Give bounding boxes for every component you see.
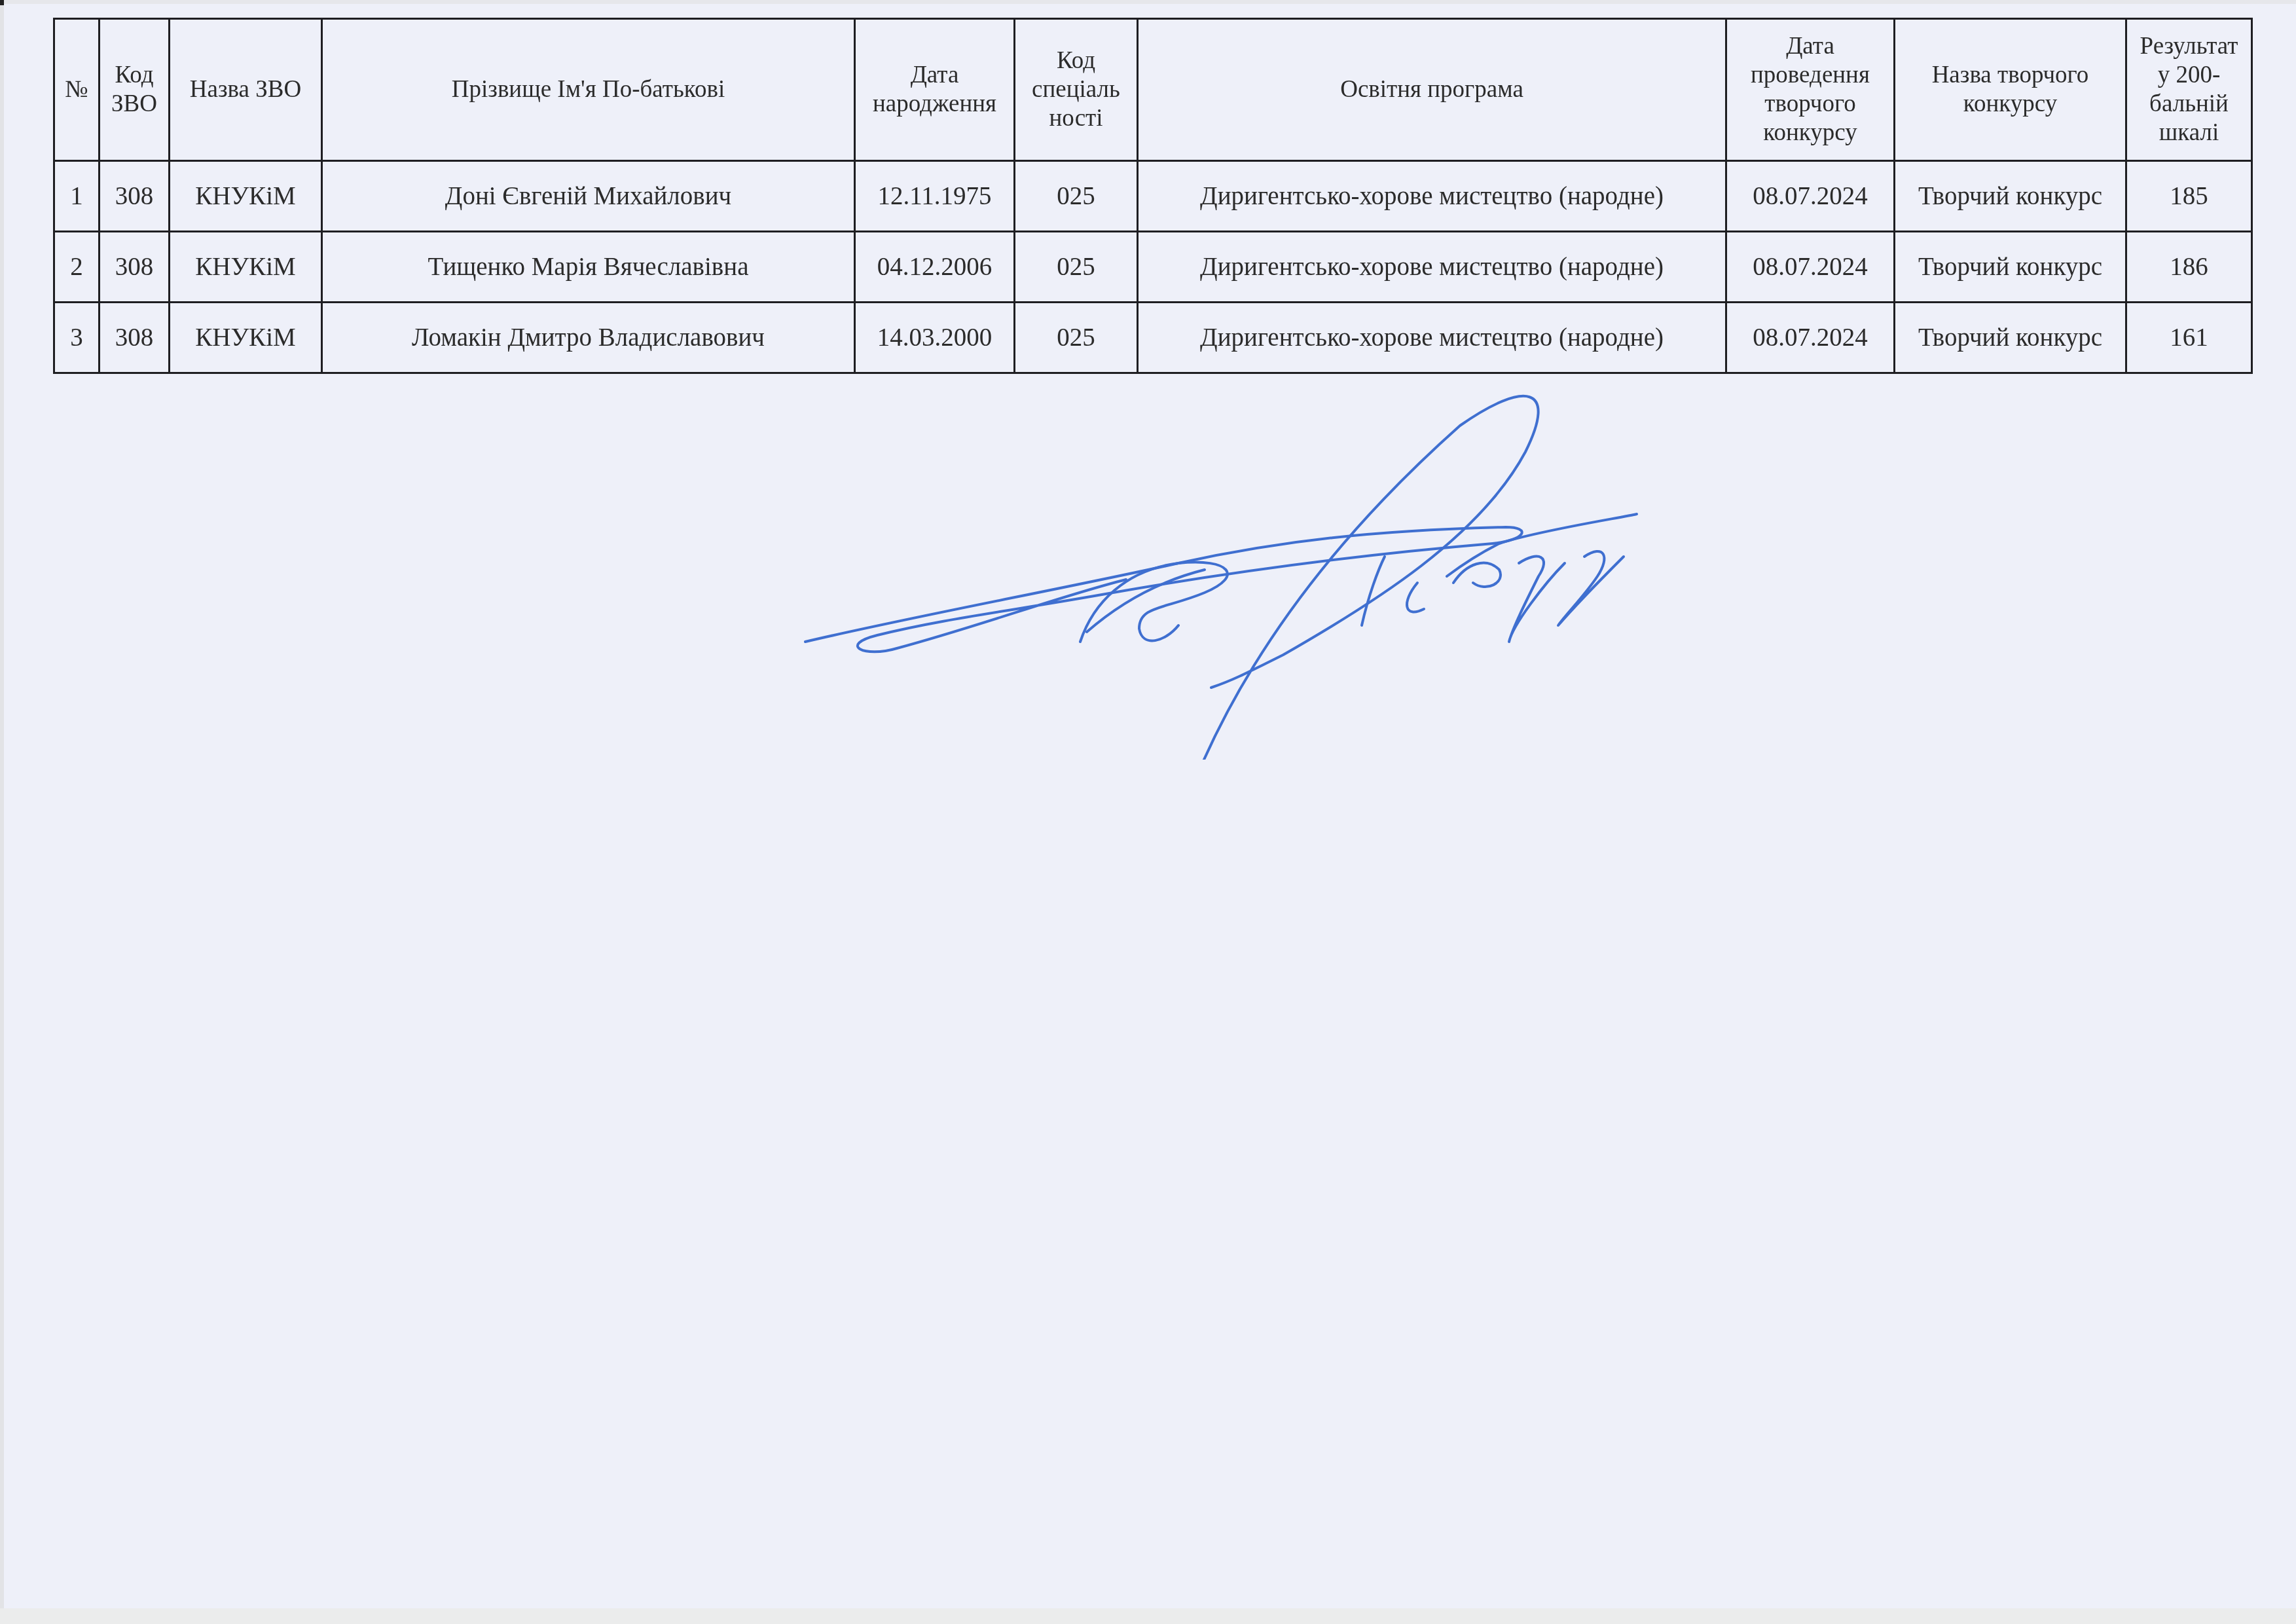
results-table: №КодЗВОНазва ЗВОПрізвище Ім'я По-батьков… (53, 18, 2253, 374)
cell-program: Диригентсько-хорове мистецтво (народне) (1138, 161, 1726, 232)
table-header-row: №КодЗВОНазва ЗВОПрізвище Ім'я По-батьков… (54, 19, 2252, 161)
cell-zvo-name: КНУКіМ (170, 161, 322, 232)
cell-specialty-code: 025 (1015, 303, 1138, 373)
cell-full-name: Ломакін Дмитро Владиславович (322, 303, 855, 373)
cell-score: 186 (2126, 232, 2252, 303)
column-header-text: проведення (1730, 61, 1891, 90)
column-header-text: Код (103, 61, 166, 90)
cell-birth-date: 14.03.2000 (855, 303, 1015, 373)
column-header-program: Освітня програма (1138, 19, 1726, 161)
column-header-birth-date: Датанародження (855, 19, 1015, 161)
column-header-full-name: Прізвище Ім'я По-батькові (322, 19, 855, 161)
cell-zvo-code: 308 (100, 232, 170, 303)
scan-corner-mark (0, 0, 4, 5)
column-header-text: Освітня програма (1141, 75, 1722, 104)
cell-zvo-name: КНУКіМ (170, 303, 322, 373)
column-header-zvo-name: Назва ЗВО (170, 19, 322, 161)
cell-specialty-code: 025 (1015, 232, 1138, 303)
cell-contest-name: Творчий конкурс (1895, 303, 2126, 373)
cell-contest-name: Творчий конкурс (1895, 232, 2126, 303)
scan-edge-top (0, 0, 2296, 4)
cell-birth-date: 04.12.2006 (855, 232, 1015, 303)
cell-zvo-code: 308 (100, 161, 170, 232)
table-row: 2308КНУКіМТищенко Марія Вячеславівна04.1… (54, 232, 2252, 303)
column-header-text: творчого (1730, 90, 1891, 119)
column-header-text: конкурсу (1730, 119, 1891, 147)
cell-program: Диригентсько-хорове мистецтво (народне) (1138, 303, 1726, 373)
cell-zvo-code: 308 (100, 303, 170, 373)
cell-specialty-code: 025 (1015, 161, 1138, 232)
cell-zvo-name: КНУКіМ (170, 232, 322, 303)
cell-full-name: Тищенко Марія Вячеславівна (322, 232, 855, 303)
table-row: 1308КНУКіМДоні Євгеній Михайлович12.11.1… (54, 161, 2252, 232)
cell-num: 1 (54, 161, 100, 232)
column-header-text: спеціаль (1018, 75, 1134, 104)
column-header-text: № (58, 75, 96, 104)
column-header-contest-name: Назва творчогоконкурсу (1895, 19, 2126, 161)
column-header-score: Результату 200-бальнійшкалі (2126, 19, 2252, 161)
column-header-text: Назва ЗВО (173, 75, 318, 104)
cell-contest-name: Творчий конкурс (1895, 161, 2126, 232)
column-header-text: Дата (1730, 32, 1891, 61)
column-header-text: ності (1018, 104, 1134, 133)
signature-icon (786, 367, 1735, 760)
cell-full-name: Доні Євгеній Михайлович (322, 161, 855, 232)
cell-birth-date: 12.11.1975 (855, 161, 1015, 232)
column-header-text: Прізвище Ім'я По-батькові (325, 75, 851, 104)
cell-num: 3 (54, 303, 100, 373)
column-header-text: бальній (2130, 90, 2248, 119)
table-body: 1308КНУКіМДоні Євгеній Михайлович12.11.1… (54, 161, 2252, 373)
column-header-text: Назва творчого (1898, 61, 2123, 90)
column-header-text: ЗВО (103, 90, 166, 119)
column-header-contest-date: Датапроведеннятворчогоконкурсу (1726, 19, 1895, 161)
column-header-specialty-code: Кодспеціальності (1015, 19, 1138, 161)
cell-program: Диригентсько-хорове мистецтво (народне) (1138, 232, 1726, 303)
column-header-text: Дата (858, 61, 1011, 90)
column-header-zvo-code: КодЗВО (100, 19, 170, 161)
column-header-text: Код (1018, 46, 1134, 75)
column-header-num: № (54, 19, 100, 161)
cell-score: 161 (2126, 303, 2252, 373)
scan-edge-left (0, 0, 4, 1624)
column-header-text: шкалі (2130, 119, 2248, 147)
table-row: 3308КНУКіМЛомакін Дмитро Владиславович14… (54, 303, 2252, 373)
cell-contest-date: 08.07.2024 (1726, 232, 1895, 303)
cell-score: 185 (2126, 161, 2252, 232)
column-header-text: конкурсу (1898, 90, 2123, 119)
column-header-text: народження (858, 90, 1011, 119)
cell-num: 2 (54, 232, 100, 303)
column-header-text: Результат (2130, 32, 2248, 61)
column-header-text: у 200- (2130, 61, 2248, 90)
cell-contest-date: 08.07.2024 (1726, 161, 1895, 232)
cell-contest-date: 08.07.2024 (1726, 303, 1895, 373)
scan-bottom-strip (0, 1608, 2296, 1624)
